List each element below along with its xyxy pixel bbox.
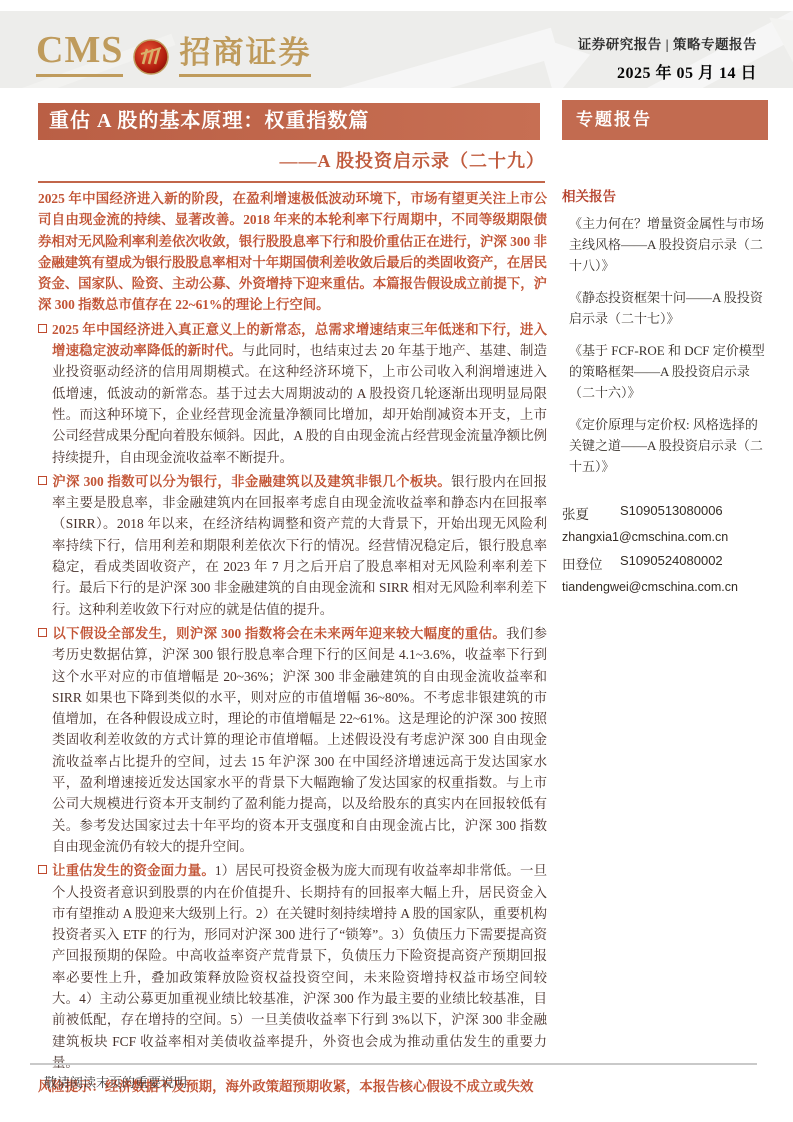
- analyst-license-code: S1090524080002: [620, 553, 723, 573]
- related-reports: 相关报告 《主力何在？增量资金属性与市场主线风格——A 股投资启示录（二十八）》…: [562, 185, 768, 488]
- analyst-name: 张夏: [562, 503, 620, 523]
- analyst-block: 张夏 S1090513080006 zhangxia1@cmschina.com…: [562, 503, 782, 603]
- bullet-paragraph: 沪深 300 指数可以分为银行，非金融建筑以及建筑非银几个板块。银行股内在回报率…: [38, 471, 547, 620]
- paragraph-lead: 以下假设全部发生，则沪深 300 指数将会在未来两年迎来较大幅度的重估。: [52, 626, 506, 641]
- footer-disclaimer: 敬请阅读末页的重要说明: [44, 1072, 187, 1091]
- cms-logo-cn-text: 招商证券: [179, 37, 311, 77]
- footer-divider: [30, 1063, 757, 1065]
- report-category-badge: 专题报告: [562, 100, 768, 140]
- analyst-name: 田登位: [562, 553, 620, 573]
- summary-paragraph: 2025 年中国经济进入新的阶段，在盈利增速极低波动环境下，市场有望更关注上市公…: [38, 188, 547, 316]
- related-report-link[interactable]: 《静态投资框架十问——A 股投资启示录（二十七）》: [562, 287, 768, 329]
- header-band: CMS 招商证券 证券研究报告 | 策略专题报告 2025 年 05 月 14 …: [0, 11, 793, 88]
- bullet-square-icon: [38, 476, 47, 485]
- bullet-paragraph: 2025 年中国经济进入真正意义上的新常态，总需求增速结束三年低迷和下行，进入增…: [38, 319, 547, 468]
- report-type-label: 证券研究报告 | 策略专题报告: [578, 33, 757, 53]
- analyst-email-link[interactable]: tiandengwei@cmschina.com.cn: [562, 580, 782, 594]
- bullet-square-icon: [38, 865, 47, 874]
- analyst-row: 田登位 S1090524080002: [562, 553, 782, 573]
- related-report-link[interactable]: 《基于 FCF-ROE 和 DCF 定价模型的策略框架——A 股投资启示录（二十…: [562, 340, 768, 403]
- paragraph-text: 1）居民可投资金极为庞大而现有收益率却非常低。一旦个人投资者意识到股票的内在价值…: [52, 863, 547, 1070]
- report-page: CMS 招商证券 证券研究报告 | 策略专题报告 2025 年 05 月 14 …: [0, 0, 793, 1122]
- paragraph-text: 我们参考历史数据估算，沪深 300 银行股息率合理下行的区间是 4.1~3.6%…: [52, 626, 547, 854]
- paragraph-lead: 沪深 300 指数可以分为银行，非金融建筑以及建筑非银几个板块。: [52, 474, 451, 489]
- related-report-link[interactable]: 《定价原理与定价权: 风格选择的关键之道——A 股投资启示录（二十五）》: [562, 414, 768, 477]
- page-title: 重估 A 股的基本原理：权重指数篇: [38, 103, 540, 140]
- analyst-license-code: S1090513080006: [620, 503, 723, 523]
- related-reports-heading: 相关报告: [562, 185, 768, 205]
- bullet-square-icon: [38, 324, 47, 333]
- paragraph-text: 银行股内在回报率主要是股息率，非金融建筑内在回报率考虑自由现金流收益率和静态内在…: [52, 474, 547, 617]
- analyst-email-link[interactable]: zhangxia1@cmschina.com.cn: [562, 530, 782, 544]
- analyst-row: 张夏 S1090513080006: [562, 503, 782, 523]
- bullet-paragraph: 以下假设全部发生，则沪深 300 指数将会在未来两年迎来较大幅度的重估。我们参考…: [38, 623, 547, 857]
- related-report-link[interactable]: 《主力何在？增量资金属性与市场主线风格——A 股投资启示录（二十八）》: [562, 213, 768, 276]
- bullet-paragraph: 让重估发生的资金面力量。1）居民可投资金极为庞大而现有收益率却非常低。一旦个人投…: [38, 860, 547, 1073]
- report-body: 2025 年中国经济进入新的阶段，在盈利增速极低波动环境下，市场有望更关注上市公…: [38, 188, 547, 1097]
- header-meta: 证券研究报告 | 策略专题报告 2025 年 05 月 14 日: [578, 33, 757, 83]
- report-date: 2025 年 05 月 14 日: [578, 60, 757, 83]
- title-divider: [38, 181, 545, 183]
- cms-logo: CMS 招商证券: [36, 31, 311, 77]
- bullet-square-icon: [38, 628, 47, 637]
- paragraph-lead: 让重估发生的资金面力量。: [52, 863, 215, 878]
- cms-logo-text: CMS: [36, 31, 123, 77]
- cms-logo-icon: [133, 39, 169, 75]
- paragraph-text: 与此同时，也结束过去 20 年基于地产、基建、制造业投资驱动经济的信用周期模式。…: [52, 343, 547, 464]
- page-subtitle: ——A 股投资启示录（二十九）: [38, 147, 545, 173]
